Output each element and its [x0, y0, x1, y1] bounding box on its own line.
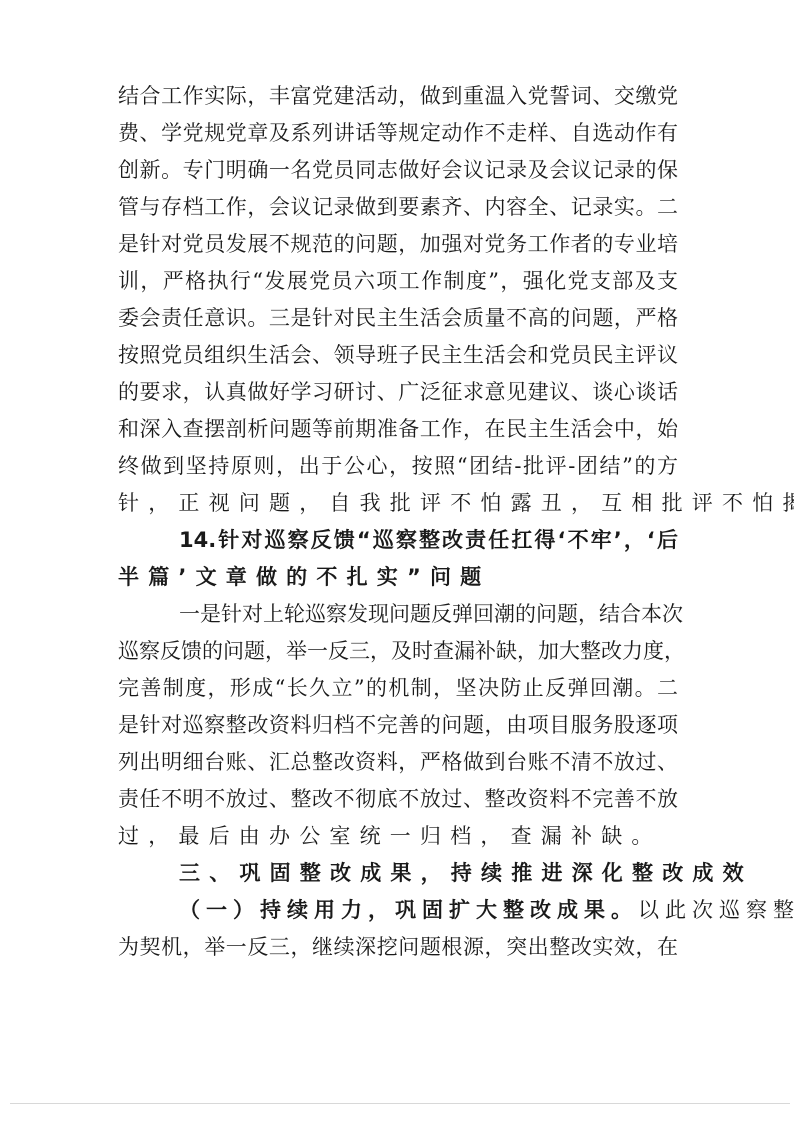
paragraph-line: 责任不明不放过、整改不彻底不放过、整改资料不完善不放: [118, 781, 678, 818]
subsection-line: （一）持续用力，巩固扩大整改成果。以此次巡察整改: [118, 892, 678, 929]
paragraph-line: 管与存档工作，会议记录做到要素齐、内容全、记录实。二: [118, 189, 678, 226]
paragraph-line: 针，正视问题，自我批评不怕露丑，互相批评不怕揭短。: [118, 485, 678, 522]
section-heading-14: 14.针对巡察反馈“巡察整改责任扛得‘不牢’，‘后: [118, 522, 678, 559]
paragraph-line: 结合工作实际，丰富党建活动，做到重温入党誓词、交缴党: [118, 78, 678, 115]
section-heading-three: 三、巩固整改成果，持续推进深化整改成效: [118, 855, 678, 892]
paragraph-line: 的要求，认真做好学习研讨、广泛征求意见建议、谈心谈话: [118, 374, 678, 411]
paragraph-line: 巡察反馈的问题，举一反三，及时查漏补缺，加大整改力度，: [118, 633, 678, 670]
document-body: 结合工作实际，丰富党建活动，做到重温入党誓词、交缴党 费、学党规党章及系列讲话等…: [118, 78, 678, 966]
paragraph-line: 一是针对上轮巡察发现问题反弹回潮的问题，结合本次: [118, 596, 678, 633]
document-page: 结合工作实际，丰富党建活动，做到重温入党誓词、交缴党 费、学党规党章及系列讲话等…: [0, 0, 794, 1122]
subsection-heading: （一）持续用力，巩固扩大整改成果。: [179, 898, 638, 922]
subsection-text: 以此次巡察整改: [638, 898, 794, 922]
paragraph-line: 是针对巡察整改资料归档不完善的问题，由项目服务股逐项: [118, 707, 678, 744]
paragraph-line: 完善制度，形成“长久立”的机制，坚决防止反弹回潮。二: [118, 670, 678, 707]
paragraph-line: 列出明细台账、汇总整改资料，严格做到台账不清不放过、: [118, 744, 678, 781]
paragraph-line: 终做到坚持原则，出于公心，按照“团结-批评-团结”的方: [118, 448, 678, 485]
paragraph-line: 和深入查摆剖析问题等前期准备工作，在民主生活会中，始: [118, 411, 678, 448]
paragraph-line: 按照党员组织生活会、领导班子民主生活会和党员民主评议: [118, 337, 678, 374]
paragraph-line: 是针对党员发展不规范的问题，加强对党务工作者的专业培: [118, 226, 678, 263]
paragraph-line: 过，最后由办公室统一归档，查漏补缺。: [118, 818, 678, 855]
page-edge-line: [10, 1103, 790, 1104]
paragraph-line: 创新。专门明确一名党员同志做好会议记录及会议记录的保: [118, 152, 678, 189]
paragraph-line: 费、学党规党章及系列讲话等规定动作不走样、自选动作有: [118, 115, 678, 152]
section-heading-14-cont: 半篇’文章做的不扎实”问题: [118, 559, 678, 596]
paragraph-line: 训，严格执行“发展党员六项工作制度”，强化党支部及支: [118, 263, 678, 300]
paragraph-line: 委会责任意识。三是针对民主生活会质量不高的问题，严格: [118, 300, 678, 337]
paragraph-line: 为契机，举一反三，继续深挖问题根源，突出整改实效，在: [118, 929, 678, 966]
